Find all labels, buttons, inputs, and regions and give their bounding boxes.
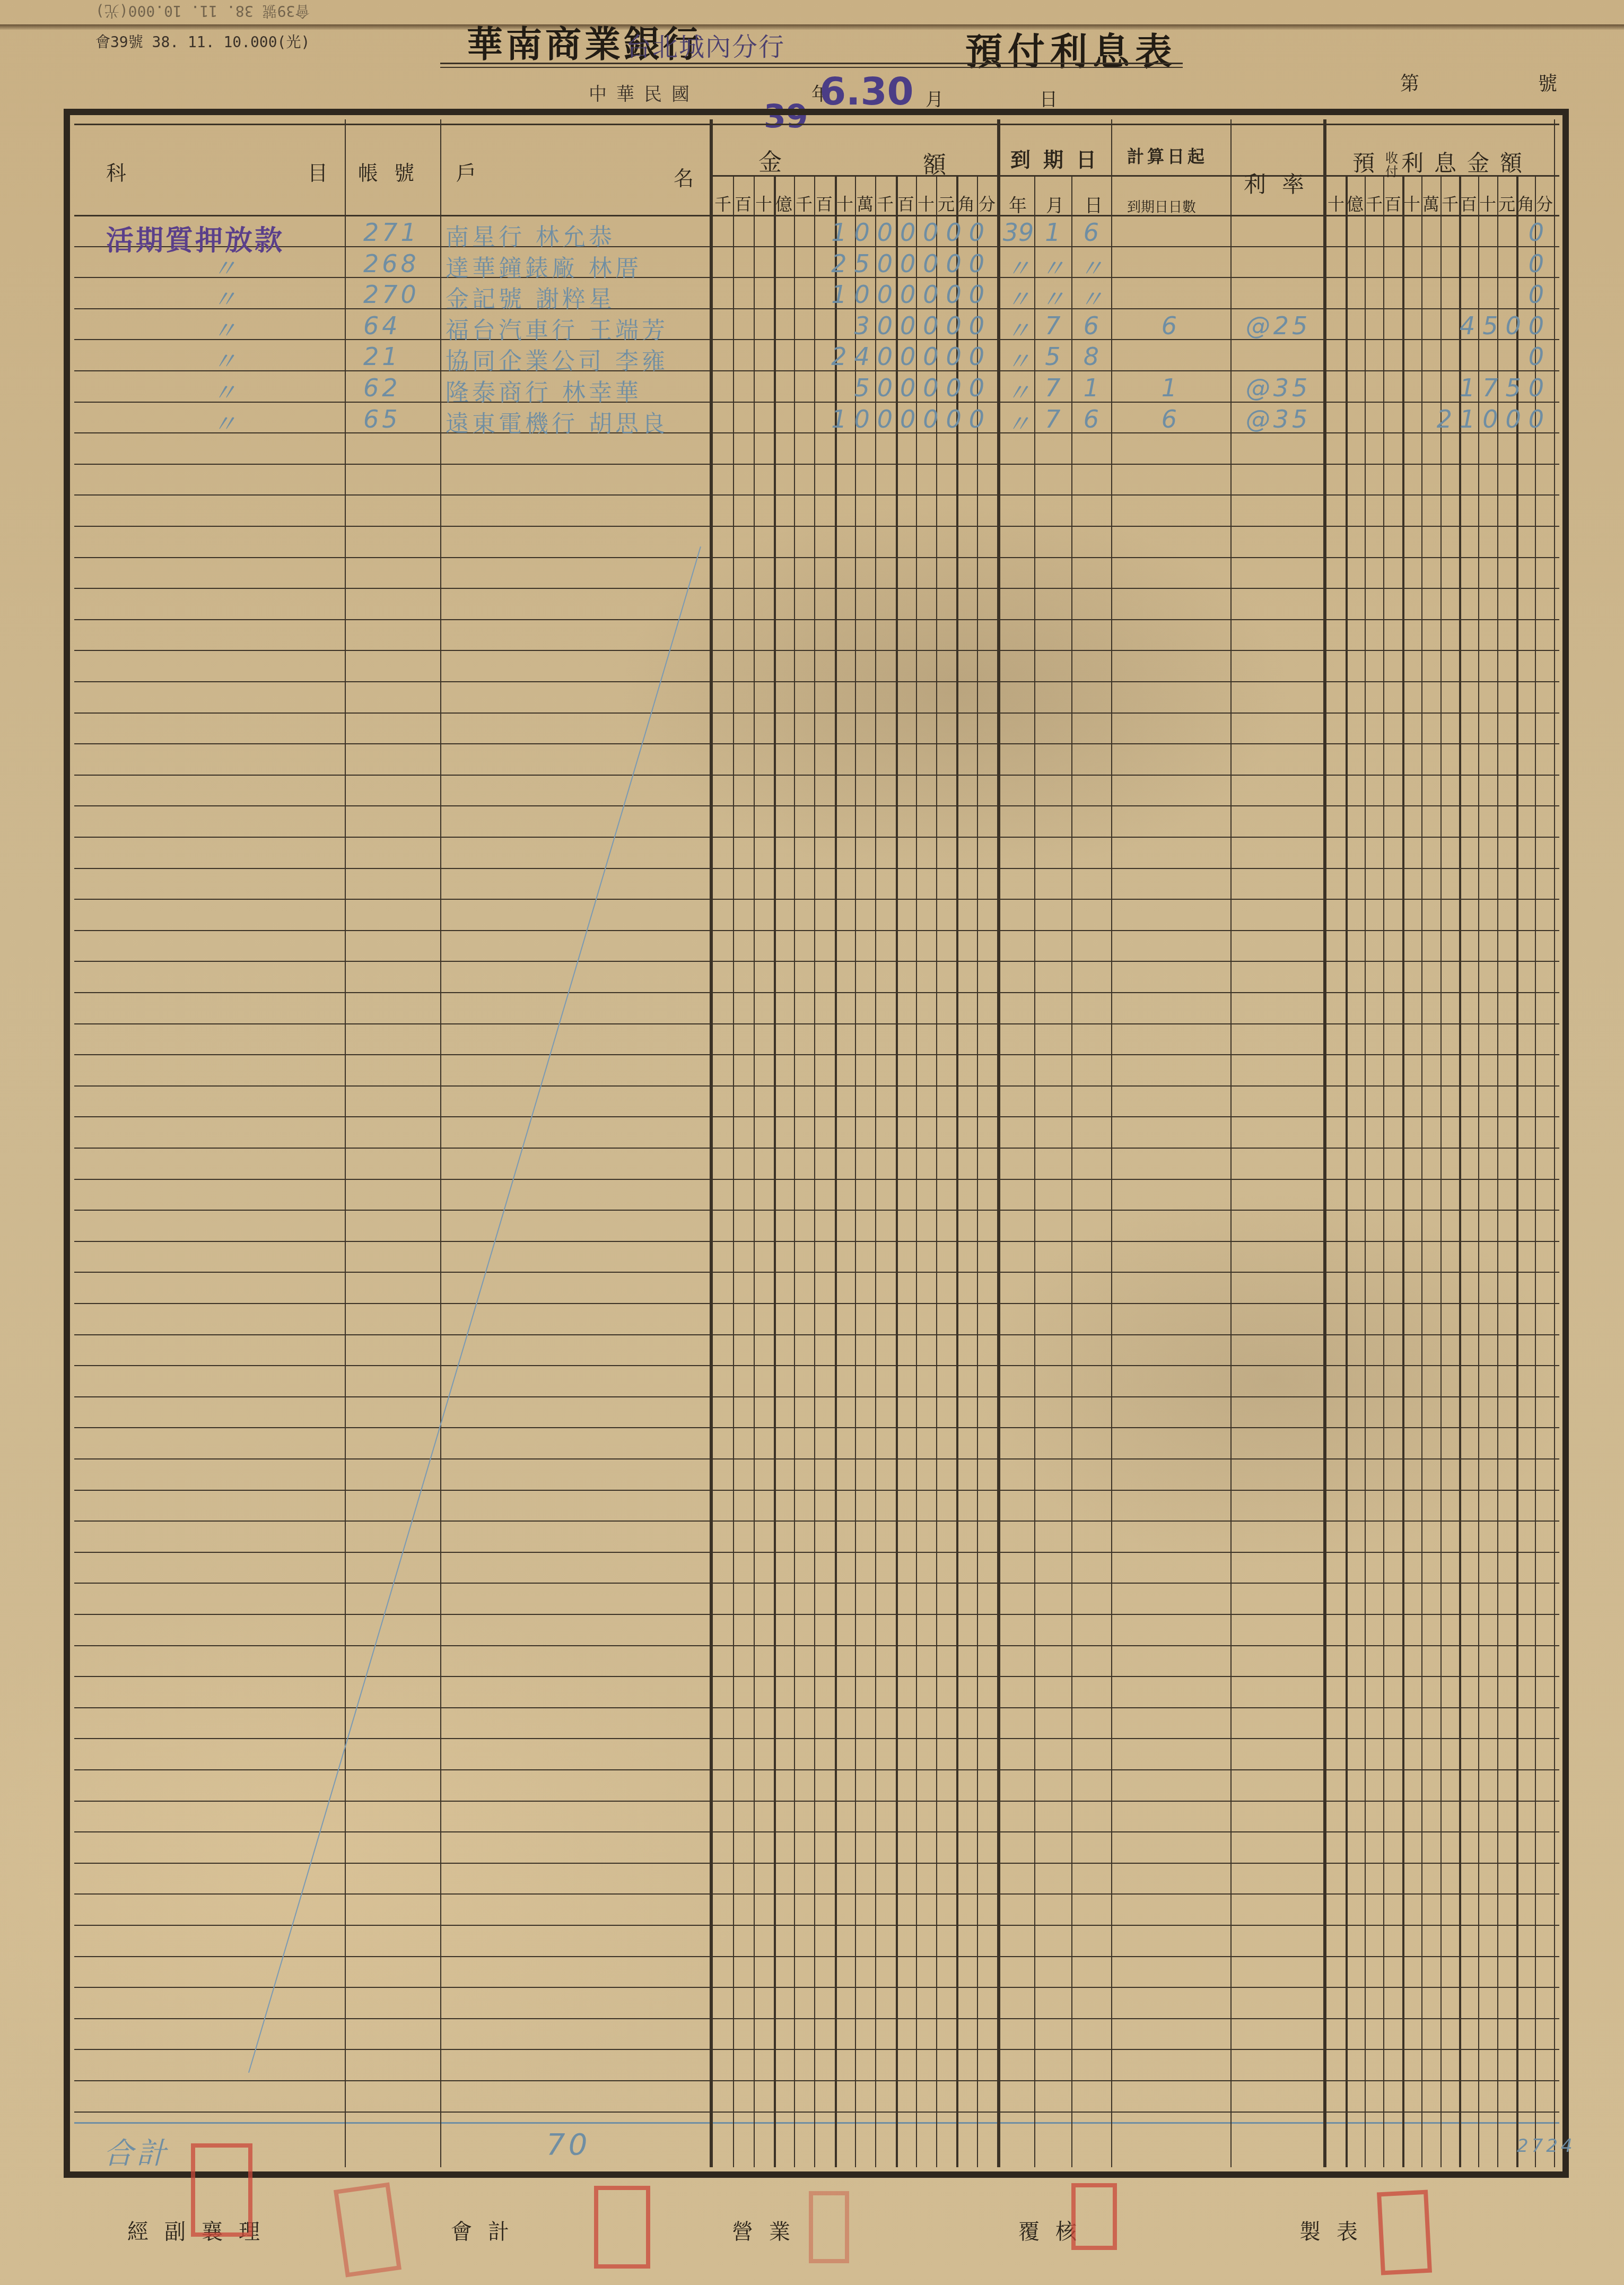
row-line (74, 1272, 1559, 1273)
header-calc-days-bottom: 到期日日數 (1127, 196, 1196, 216)
row-line (74, 1396, 1559, 1397)
amount-digit-header: 億 (774, 191, 794, 215)
row-line (74, 1645, 1559, 1646)
row-line (74, 2112, 1559, 2113)
col-sep-subject (345, 119, 346, 2167)
row-line (74, 1552, 1559, 1553)
row-line (74, 464, 1559, 465)
row-maturity-day: 6 (1074, 311, 1108, 340)
row-line (74, 1427, 1559, 1428)
row-account-no: 62 (363, 373, 401, 402)
paper-fold (0, 24, 1624, 30)
row-line (74, 1458, 1559, 1459)
header-rate: 利率 (1244, 167, 1320, 199)
interest-digit-header: 元 (1497, 191, 1516, 215)
row-subject: 〃 (212, 373, 240, 409)
row-rate: @35 (1236, 373, 1321, 402)
footer-accounting: 會計 (451, 2215, 525, 2245)
amount-digit-line (814, 175, 815, 2167)
row-line (74, 2018, 1559, 2019)
amount-digit-header: 元 (936, 191, 956, 215)
interest-digit-header: 千 (1440, 191, 1460, 215)
total-line-pencil (74, 2122, 1559, 2124)
row-line (74, 1987, 1559, 1988)
interest-digit-header: 百 (1383, 191, 1402, 215)
row-line (74, 2080, 1559, 2081)
row-days: 6 (1114, 311, 1228, 340)
row-line (74, 1334, 1559, 1335)
interest-digit-line (1459, 175, 1461, 2167)
row-line (74, 1676, 1559, 1677)
number-prefix: 第 (1400, 69, 1419, 96)
row-maturity-year: 39 (1002, 218, 1034, 247)
row-line (74, 681, 1559, 682)
interest-title-char: 利 (1401, 150, 1434, 176)
page-mark: 2724 (1517, 2135, 1576, 2157)
amount-digit-header: 角 (956, 191, 976, 215)
amount-digit-line (794, 175, 795, 2167)
row-maturity-year: 〃 (1002, 405, 1034, 440)
interest-title-char: 金 (1467, 150, 1500, 176)
interest-title-char: 額 (1500, 150, 1533, 176)
interest-digit-line (1365, 175, 1366, 2167)
amount-digit-header: 千 (875, 191, 895, 215)
row-line (74, 713, 1559, 714)
row-amount: 2500000 (817, 249, 992, 278)
row-subject: 〃 (212, 311, 240, 346)
row-subject: 〃 (212, 280, 240, 315)
header-subject-2: 目 (308, 157, 328, 186)
row-maturity-month: 〃 (1037, 280, 1069, 315)
row-maturity-year: 〃 (1002, 311, 1034, 346)
row-subject: 〃 (212, 342, 240, 377)
row-interest: 1750 (1400, 373, 1551, 402)
row-maturity-day: 8 (1074, 342, 1108, 371)
interest-digit-header: 角 (1516, 191, 1535, 215)
row-subject: 〃 (212, 405, 240, 440)
branch-name: 台北城內分行 (626, 27, 785, 63)
row-interest: 4500 (1400, 311, 1551, 340)
ledger-grid: 科 目 帳號 戶 名 金 額 到期日 年 月 日 計算日起 到期日日數 利率 預… (74, 119, 1559, 2167)
row-amount: 1000000 (817, 280, 992, 309)
col-sep-right (1554, 119, 1555, 2167)
row-rate: @35 (1236, 405, 1321, 433)
row-amount: 1000000 (817, 405, 992, 433)
amount-digit-header: 十 (754, 191, 774, 215)
col-sep-rate (1323, 119, 1326, 2167)
date-prefix: 中華民國 (589, 80, 699, 106)
date-stamp: 6.30 (819, 69, 914, 114)
row-line (74, 1303, 1559, 1304)
title-underline-2 (440, 67, 1183, 68)
seal-stamp-prepared (1377, 2190, 1432, 2275)
col-sep-year (1034, 175, 1035, 2167)
row-account-no: 268 (363, 249, 420, 278)
seal-stamp-review (1071, 2183, 1117, 2250)
row-line (74, 930, 1559, 931)
row-maturity-year: 〃 (1002, 373, 1034, 409)
interest-digit-header: 萬 (1421, 191, 1440, 215)
row-maturity-month: 7 (1037, 405, 1069, 433)
interest-digit-line (1346, 175, 1348, 2167)
header-name-1: 戶 (456, 157, 476, 186)
amount-digit-line (835, 175, 837, 2167)
footer-business: 營業 (732, 2215, 806, 2245)
row-maturity-year: 〃 (1002, 280, 1034, 315)
row-interest: 21000 (1400, 405, 1551, 433)
interest-digit-line (1516, 175, 1518, 2167)
row-line (74, 899, 1559, 900)
seal-stamp-faint (809, 2191, 849, 2263)
number-suffix: 號 (1538, 69, 1557, 96)
row-line (74, 1085, 1559, 1087)
row-interest: 0 (1400, 342, 1551, 371)
row-maturity-month: 7 (1037, 373, 1069, 402)
row-line (74, 1956, 1559, 1957)
interest-digit-line (1421, 175, 1422, 2167)
row-amount: 500000 (817, 373, 992, 402)
header-subject-1: 科 (106, 157, 126, 186)
row-days: 1 (1114, 373, 1228, 402)
row-line (74, 805, 1559, 806)
header-maturity-month: 月 (1046, 191, 1064, 217)
total-label: 合計 (103, 2130, 169, 2173)
interest-digit-header: 百 (1459, 191, 1478, 215)
row-days: 6 (1114, 405, 1228, 433)
header-interest-title: 預收付利息金額 (1352, 146, 1533, 179)
header-calc-days-top: 計算日起 (1127, 143, 1208, 168)
header-maturity-day: 日 (1085, 191, 1103, 217)
interest-digit-line (1383, 175, 1384, 2167)
amount-digit-header: 分 (977, 191, 997, 215)
row-customer: 協同企業公司 李雍 (446, 342, 668, 376)
seal-stamp-manager (191, 2143, 252, 2237)
row-line (74, 1148, 1559, 1149)
interest-digit-header: 十 (1478, 191, 1497, 215)
interest-title-stack: 收付 (1385, 151, 1401, 179)
row-line (74, 1179, 1559, 1180)
date-day-label: 日 (1040, 85, 1058, 111)
amount-digit-line (896, 175, 898, 2167)
row-line (74, 1831, 1559, 1832)
row-line (74, 837, 1559, 838)
amount-digit-line (754, 175, 755, 2167)
row-maturity-month: 1 (1037, 218, 1069, 247)
row-line (74, 961, 1559, 962)
row-line (74, 1521, 1559, 1522)
row-line (74, 1210, 1559, 1211)
row-line (74, 1893, 1559, 1895)
row-rate: @25 (1236, 311, 1321, 340)
amount-digit-line (733, 175, 734, 2167)
row-customer: 達華鐘錶廠 林厝 (446, 249, 642, 283)
row-interest: 0 (1400, 249, 1551, 278)
row-maturity-day: 〃 (1074, 249, 1108, 284)
row-amount: 2400000 (817, 342, 992, 371)
row-line (74, 992, 1559, 993)
amount-digit-header: 十 (916, 191, 936, 215)
col-sep-amount (997, 119, 1000, 2167)
row-line (74, 1769, 1559, 1770)
row-maturity-month: 5 (1037, 342, 1069, 371)
interest-digit-line (1402, 175, 1404, 2167)
interest-digit-header: 分 (1535, 191, 1554, 215)
interest-digit-header: 億 (1346, 191, 1365, 215)
header-top-line (74, 124, 1559, 125)
row-line (74, 1490, 1559, 1491)
row-account-no: 65 (363, 405, 401, 433)
amount-digit-line (936, 175, 937, 2167)
row-line (74, 1241, 1559, 1242)
row-line (74, 557, 1559, 558)
row-account-no: 21 (363, 342, 401, 371)
row-line (74, 588, 1559, 589)
interest-digit-header: 千 (1365, 191, 1384, 215)
row-line (74, 1023, 1559, 1024)
header-amount-1: 金 (758, 143, 782, 177)
row-line (74, 650, 1559, 651)
row-maturity-year: 〃 (1002, 249, 1034, 284)
row-line (74, 1054, 1559, 1055)
amount-digit-line (956, 175, 958, 2167)
row-account-no: 64 (363, 311, 401, 340)
row-line (74, 775, 1559, 776)
amount-digit-line (916, 175, 917, 2167)
amount-digit-header: 十 (835, 191, 855, 215)
amount-digit-line (875, 175, 876, 2167)
row-maturity-month: 7 (1037, 311, 1069, 340)
row-customer: 金記號 謝粹星 (446, 280, 615, 314)
amount-digit-header: 百 (896, 191, 916, 215)
amount-digit-header: 百 (733, 191, 753, 215)
header-amount-2: 額 (923, 146, 946, 180)
interest-digit-line (1478, 175, 1479, 2167)
amount-digit-header: 千 (794, 191, 814, 215)
amount-digit-line (774, 175, 776, 2167)
interest-digit-header: 十 (1402, 191, 1421, 215)
header-name-2: 名 (674, 162, 694, 191)
form-code-upside-down: 會39號 38. 11. 10.000(光) (95, 1, 310, 22)
row-maturity-day: 〃 (1074, 280, 1108, 315)
row-line (74, 1614, 1559, 1615)
row-line (74, 1365, 1559, 1366)
row-maturity-day: 6 (1074, 218, 1108, 247)
col-sep-name (710, 119, 713, 2167)
amount-digit-header: 萬 (855, 191, 875, 215)
row-interest: 0 (1400, 280, 1551, 309)
form-code: 會39號 38. 11. 10.000(光) (95, 31, 310, 52)
interest-digit-line (1535, 175, 1536, 2167)
row-line (74, 1707, 1559, 1708)
row-maturity-month: 〃 (1037, 249, 1069, 284)
row-maturity-year: 〃 (1002, 342, 1034, 377)
row-subject: 〃 (212, 249, 240, 284)
row-maturity-day: 1 (1074, 373, 1108, 402)
interest-title-char: 預 (1352, 150, 1385, 176)
amount-digit-line (977, 175, 978, 2167)
interest-digit-line (1497, 175, 1498, 2167)
row-interest: 0 (1400, 218, 1551, 247)
row-line (74, 1863, 1559, 1864)
row-line (74, 1925, 1559, 1926)
seal-stamp-business (594, 2186, 650, 2269)
row-line (74, 1116, 1559, 1117)
row-customer: 南星行 林允恭 (446, 218, 615, 252)
amount-digit-line (855, 175, 856, 2167)
col-sep-month (1071, 175, 1072, 2167)
row-account-no: 270 (363, 280, 420, 309)
row-line (74, 1801, 1559, 1802)
interest-title-char: 息 (1434, 150, 1467, 176)
row-customer: 福台汽車行 王端芳 (446, 311, 668, 345)
header-maturity: 到期日 (1010, 143, 1109, 172)
row-customer: 遠東電機行 胡思良 (446, 405, 668, 439)
row-line (74, 2049, 1559, 2050)
date-month-label: 月 (925, 85, 944, 111)
col-sep-days (1230, 119, 1232, 2167)
row-line (74, 1738, 1559, 1739)
interest-digit-header: 十 (1326, 191, 1346, 215)
header-account-no: 帳號 (358, 157, 430, 186)
row-amount: 1000000 (817, 218, 992, 247)
row-line (74, 868, 1559, 869)
row-maturity-day: 6 (1074, 405, 1108, 433)
row-line (74, 1583, 1559, 1584)
row-line (74, 494, 1559, 496)
title-underline (440, 63, 1183, 64)
row-account-no: 271 (363, 218, 420, 247)
row-customer: 隆泰商行 林幸華 (446, 373, 642, 407)
col-sep-maturity (1111, 119, 1112, 2167)
row-line (74, 526, 1559, 527)
row-line (74, 743, 1559, 744)
amount-digit-header: 百 (814, 191, 834, 215)
amount-digit-header: 千 (713, 191, 733, 215)
header-maturity-year: 年 (1009, 191, 1027, 217)
row-amount: 300000 (817, 311, 992, 340)
total-count: 70 (546, 2127, 590, 2162)
seal-stamp-accounting (334, 2182, 401, 2277)
interest-digit-line (1440, 175, 1442, 2167)
footer-prepared-by: 製表 (1299, 2215, 1374, 2245)
row-subject: 活期質押放款 (106, 218, 284, 258)
col-sep-account (440, 119, 441, 2167)
row-line (74, 619, 1559, 620)
